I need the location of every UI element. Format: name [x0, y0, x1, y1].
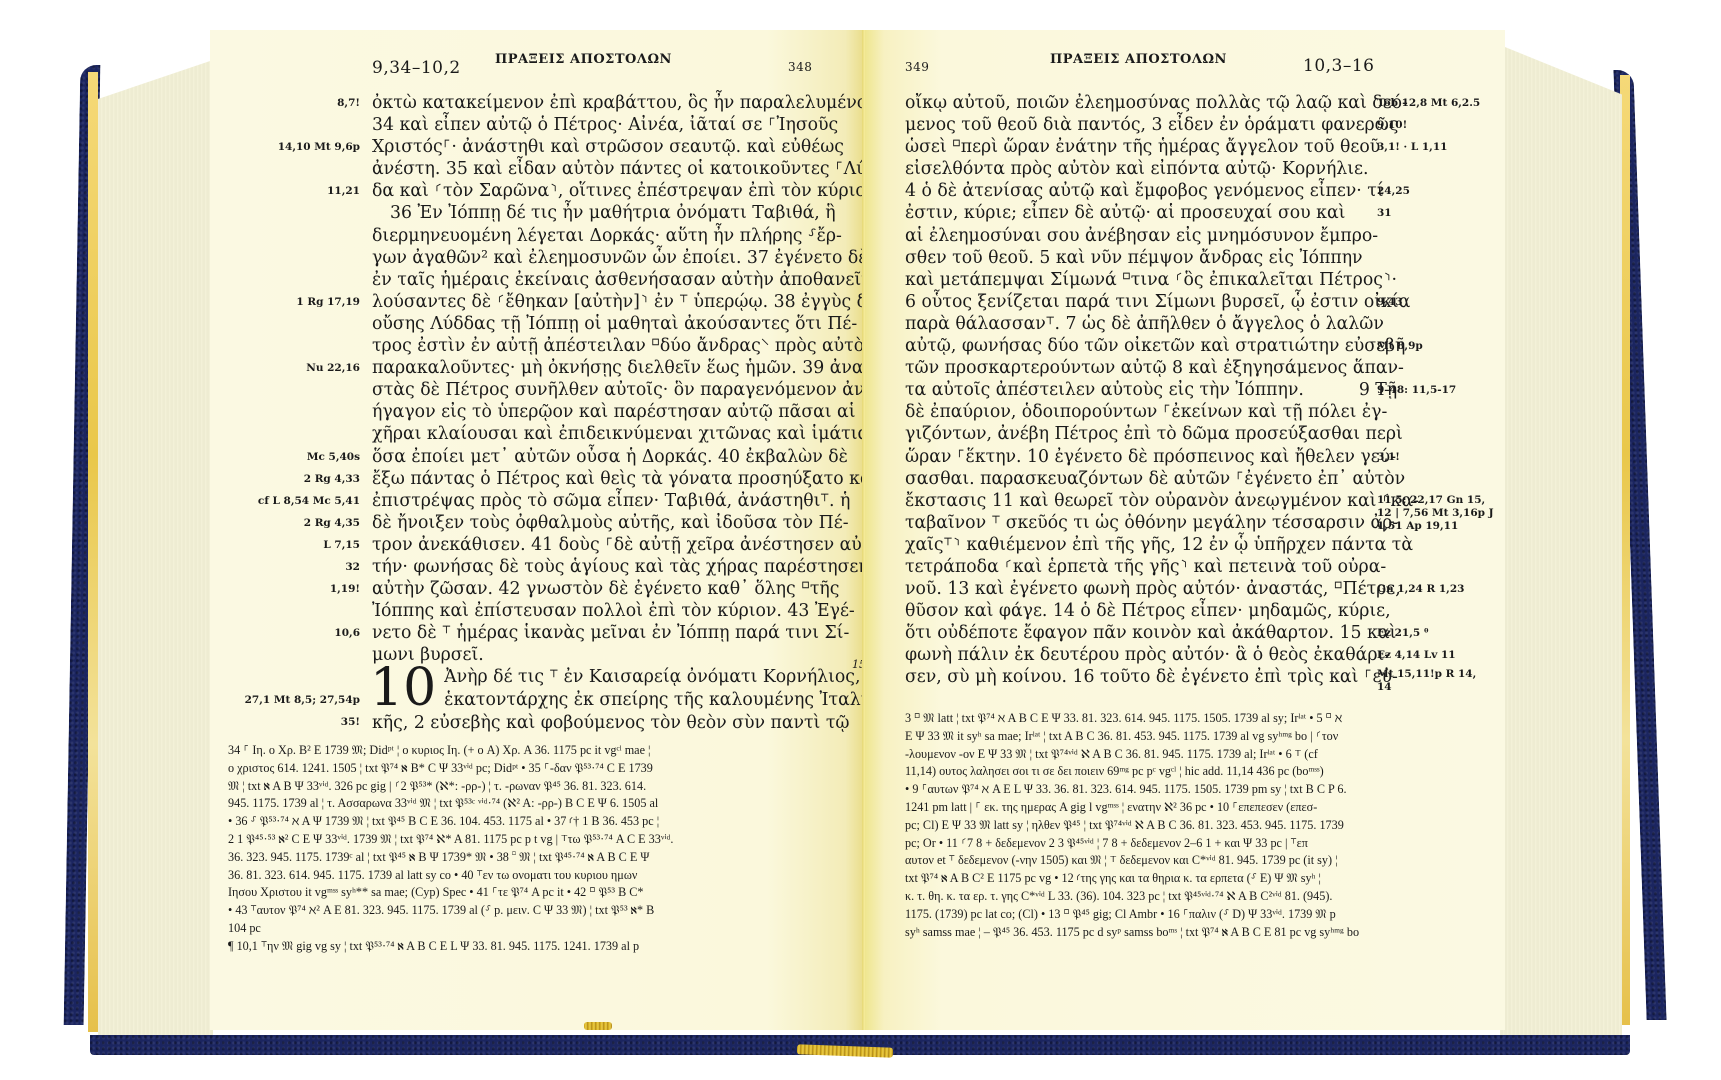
cross-ref: Mc 5,40s: [210, 446, 360, 468]
running-head-left: 9,34–10,2 ΠΡΑΞΕΙΣ ΑΠΟΣΤΟΛΩΝ 348: [210, 52, 865, 82]
apparatus-line: pc; Or • 11 ⸂7 8 + δεδεμενον 2 3 𝔓⁴⁵ᵛⁱᵈ …: [905, 835, 1359, 853]
book-title: ΠΡΑΞΕΙΣ ΑΠΟΣΤΟΛΩΝ: [1050, 52, 1227, 67]
main-text: ὀκτὼ κατακείμενον ἐπὶ κραβάττου, ὃς ἦν π…: [372, 92, 852, 735]
cross-ref: 9,43: [1377, 291, 1507, 313]
text-line: ὅτι οὐδέποτε ἔφαγον πᾶν κοινὸν καὶ ἀκάθα…: [905, 622, 1360, 644]
right-page: 349 ΠΡΑΞΕΙΣ ΑΠΟΣΤΟΛΩΝ 10,3–16 οἴκῳ αὐτοῦ…: [865, 30, 1505, 1030]
apparatus-line: syʰ samss mae ¦ – 𝔓⁴⁵ 36. 453. 1175 pc d…: [905, 924, 1359, 942]
text-line: μενος τοῦ θεοῦ διὰ παντός, 3 εἶδεν ἐν ὁρ…: [905, 114, 1360, 136]
text-line: τα αὐτοῖς ἀπέστειλεν αὐτοὺς εἰς τὴν Ἰόππ…: [905, 379, 1360, 401]
text-line: δὲ ἤνοιξεν τοὺς ὀφθαλμοὺς αὐτῆς, καὶ ἰδο…: [372, 512, 852, 534]
text-line: θῦσον καὶ φάγε. 14 ὁ δὲ Πέτρος εἶπεν· μη…: [905, 600, 1360, 622]
chapter-number: 10: [370, 666, 436, 710]
apparatus-line: 104 pc: [228, 920, 673, 938]
text-line: 36 Ἐν Ἰόππῃ δέ τις ἦν μαθήτρια ὀνόματι Τ…: [372, 202, 852, 224]
left-page: 9,34–10,2 ΠΡΑΞΕΙΣ ΑΠΟΣΤΟΛΩΝ 348 8,7! 14,…: [210, 30, 865, 1030]
text-line: αἱ ἐλεημοσύναι σου ἀνέβησαν εἰς μνημόσυν…: [905, 225, 1360, 247]
apparatus-line: 945. 1175. 1739 al ¦ τ. Ασσαρωνα 33ᵛⁱᵈ 𝔐…: [228, 795, 673, 813]
book-title: ΠΡΑΞΕΙΣ ΑΠΟΣΤΟΛΩΝ: [495, 52, 672, 67]
apparatus-line: • 43 ⸆αυτον 𝔓⁷⁴ ℵ² A E 81. 323. 945. 117…: [228, 902, 673, 920]
critical-apparatus: 34 ⸀ Ιη. ο Χρ. B² E 1739 𝔐; Didᵖᵗ ¦ ο κυ…: [228, 742, 673, 956]
text-line: δα καὶ ⸂τὸν Σαρῶνα⸃, οἵτινες ἐπέστρεψαν …: [372, 180, 852, 202]
cross-ref: 2 Rg 4,35: [210, 512, 360, 534]
cross-ref: 1,19!: [210, 578, 360, 600]
cross-ref: 32: [210, 556, 360, 578]
text-line: στὰς δὲ Πέτρος συνῆλθεν αὐτοῖς· ὃν παραγ…: [372, 379, 852, 401]
cross-ref: 3,1! · L 1,11: [1377, 136, 1507, 158]
cross-ref: 9,10!: [1377, 114, 1507, 136]
apparatus-line: 𝔐 ¦ txt ℵ A B Ψ 33ᵛⁱᵈ. 326 pc gig | ⸂2 𝔓…: [228, 778, 673, 796]
apparatus-line: 3 ⸋ 𝔐 latt ¦ txt 𝔓⁷⁴ ℵ A B C E Ψ 33. 81.…: [905, 710, 1359, 728]
apparatus-line: E Ψ 33 𝔐 it syʰ sa mae; Irˡᵃᵗ ¦ txt A B …: [905, 728, 1359, 746]
apparatus-line: 1175. (1739) pc lat co; (Cl) • 13 ⸋ 𝔓⁴⁵ …: [905, 906, 1359, 924]
text-line: Ἀνὴρ δέ τις ⸆ ἐν Καισαρείᾳ ὀνόματι Κορνή…: [372, 666, 852, 688]
apparatus-line: Ιησου Χριστου it vgᵐˢˢ syʰ** sa mae; (Cy…: [228, 884, 673, 902]
apparatus-line: pc; Cl) E Ψ 33 𝔐 latt sy ¦ ηλθεν 𝔓⁴⁵ ¦ t…: [905, 817, 1359, 835]
text-line: 6 οὗτος ξενίζεται παρά τινι Σίμωνι βυρσε…: [905, 291, 1360, 313]
apparatus-line: txt 𝔓⁷⁴ ℵ A B C² E 1175 pc vg • 12 ⸂της …: [905, 870, 1359, 888]
text-line: παρακαλοῦντες· μὴ ὀκνήσῃς διελθεῖν ἕως ἡ…: [372, 357, 852, 379]
apparatus-line: 34 ⸀ Ιη. ο Χρ. B² E 1739 𝔐; Didᵖᵗ ¦ ο κυ…: [228, 742, 673, 760]
text-line: νετο δὲ ⸆ ἡμέρας ἱκανὰς μεῖναι ἐν Ἰόππῃ …: [372, 622, 852, 644]
text-line: χαῖς⸆⸃ καθιέμενον ἐπὶ τῆς γῆς, 12 ἐν ᾧ ὑ…: [905, 534, 1360, 556]
text-line: ἐν ταῖς ἡμέραις ἐκείναις ἀσθενήσασαν αὐτ…: [372, 269, 852, 291]
apparatus-line: κ. τ. θη. κ. τα ερ. τ. γης C*ᵛⁱᵈ L 33. (…: [905, 888, 1359, 906]
cross-ref: L 7,15: [210, 534, 360, 556]
text-line: ὀκτὼ κατακείμενον ἐπὶ κραβάττου, ὃς ἦν π…: [372, 92, 852, 114]
text-line: σθεν τοῦ θεοῦ. 5 καὶ νῦν πέμψον ἄνδρας ε…: [905, 247, 1360, 269]
cross-references: Tob 12,8 Mt 6,2.5 9,10! 3,1! · L 1,11 24…: [1377, 92, 1507, 694]
text-line: γιζόντων, ἀνέβη Πέτρος ἐπὶ τὸ δῶμα προσε…: [905, 423, 1360, 445]
text-line: τήν· φωνήσας δὲ τοὺς ἁγίους καὶ τὰς χήρα…: [372, 556, 852, 578]
chapter-verse-range: 10,3–16: [1303, 56, 1374, 76]
text-line: δὲ ἐπαύριον, ὁδοιπορούντων ⸀ἐκείνων καὶ …: [905, 401, 1360, 423]
cross-ref: 10,6: [210, 622, 360, 644]
text-line: Χριστός⸀· ἀνάστηθι καὶ στρῶσον σεαυτῷ. κ…: [372, 136, 852, 158]
ribbon-bookmark[interactable]: [584, 1022, 612, 1030]
cross-ref: 24,25: [1377, 180, 1507, 202]
text-line: κῆς, 2 εὐσεβὴς καὶ φοβούμενος τὸν θεὸν σ…: [372, 712, 852, 734]
cross-ref: Gn 1,24 R 1,23: [1377, 578, 1507, 600]
apparatus-line: ο χριστος 614. 1241. 1505 ¦ txt 𝔓⁷⁴ ℵ B*…: [228, 760, 673, 778]
cross-ref: 35!: [210, 711, 360, 733]
apparatus-line: 2 1 𝔓⁴⁵·⁵³ ℵ² C E Ψ 33ᵛⁱᵈ. 1739 𝔐 ¦ txt …: [228, 831, 673, 849]
apparatus-line: 11,14) ουτος λαλησει σοι τι σε δει ποιει…: [905, 763, 1359, 781]
cross-ref: 1 Rg 17,19: [210, 291, 360, 313]
cross-ref: 3,1!: [1377, 446, 1507, 468]
cross-ref: 11,5; 22,17 Gn 15, 12 | 7,56 Mt 3,16p J …: [1377, 490, 1502, 556]
page-number: 348: [788, 60, 812, 74]
cross-ref: Mt 8,9p: [1377, 335, 1507, 357]
text-line: φωνὴ πάλιν ἐκ δευτέρου πρὸς αὐτόν· ἃ ὁ θ…: [905, 644, 1360, 666]
critical-apparatus: 3 ⸋ 𝔐 latt ¦ txt 𝔓⁷⁴ ℵ A B C E Ψ 33. 81.…: [905, 710, 1359, 941]
running-head-right: 349 ΠΡΑΞΕΙΣ ΑΠΟΣΤΟΛΩΝ 10,3–16: [865, 52, 1505, 82]
apparatus-line: 36. 323. 945. 1175. 1739ᶜ al ¦ txt 𝔓⁴⁵ ℵ…: [228, 849, 673, 867]
cross-ref: 11,21: [210, 180, 360, 202]
text-line: αὐτῷ, φωνήσας δύο τῶν οἰκετῶν καὶ στρατι…: [905, 335, 1360, 357]
apparatus-line: 1241 pm latt | ⸀ εκ. της ημερας A gig l …: [905, 799, 1359, 817]
apparatus-line: αυτον et ⸆ δεδεμενον (-νην 1505) και 𝔐 ¦…: [905, 852, 1359, 870]
page-number: 349: [905, 60, 929, 74]
cross-ref: 8,7!: [210, 92, 360, 114]
text-line: τρος ἐστὶν ἐν αὐτῇ ἀπέστειλαν ⸋δύο ἄνδρα…: [372, 335, 852, 357]
text-line: ἐστιν, κύριε; εἶπεν δὲ αὐτῷ· αἱ προσευχα…: [905, 202, 1360, 224]
text-line: τετράποδα ⸂καὶ ἑρπετὰ τῆς γῆς⸃ καὶ πετει…: [905, 556, 1360, 578]
text-line: καὶ μετάπεμψαι Σίμωνά ⸋τινα ⸂ὃς ἐπικαλεῖ…: [905, 269, 1360, 291]
text-line: αὐτὴν ζῶσαν. 42 γνωστὸν δὲ ἐγένετο καθ᾽ …: [372, 578, 852, 600]
text-line: ὡσεὶ ⸋περὶ ὥραν ἐνάτην τῆς ἡμέρας ἄγγελο…: [905, 136, 1360, 158]
cross-ref: 14,10 Mt 9,6p: [210, 136, 360, 158]
cross-ref: Ez 4,14 Lv 11: [1377, 644, 1507, 666]
page-stack-right: [1500, 45, 1622, 1035]
text-line: τρον ἀνεκάθισεν. 41 δοὺς ⸀δὲ αὐτῇ χεῖρα …: [372, 534, 852, 556]
ribbon-bookmark[interactable]: [797, 1044, 893, 1057]
text-line: ἀνέστη. 35 καὶ εἶδαν αὐτὸν πάντες οἱ κατ…: [372, 158, 852, 180]
cross-ref: Mt 15,11!p R 14, 14: [1377, 666, 1487, 694]
apparatus-line: 36. 81. 323. 614. 945. 1175. 1739 al lat…: [228, 867, 673, 885]
cross-ref: 9–48: 11,5-17: [1377, 379, 1507, 401]
text-line: ὥραν ⸀ἕκτην. 10 ἐγένετο δὲ πρόσπεινος κα…: [905, 446, 1360, 468]
text-line: ἔξω πάντας ὁ Πέτρος καὶ θεὶς τὰ γόνατα π…: [372, 468, 852, 490]
text-line: σεν, σὺ μὴ κοίνου. 16 τοῦτο δὲ ἐγένετο ἐ…: [905, 666, 1360, 688]
cross-ref: Nu 22,16: [210, 357, 360, 379]
cross-ref: 27,1 Mt 8,5; 27,54p: [210, 689, 360, 711]
cross-ref: 31: [1377, 202, 1507, 224]
text-line: ήγαγον εἰς τὸ ὑπερῷον καὶ παρέστησαν αὐτ…: [372, 401, 852, 423]
text-line: 34 καὶ εἶπεν αὐτῷ ὁ Πέτρος· Αἰνέα, ἰᾶταί…: [372, 114, 852, 136]
text-line: ὅσα ἐποίει μετ᾽ αὐτῶν οὖσα ἡ Δορκάς. 40 …: [372, 446, 852, 468]
text-line: διερμηνευομένη λέγεται Δορκάς· αὕτη ἦν π…: [372, 225, 852, 247]
text-line: ἑκατοντάρχης ἐκ σπείρης τῆς καλουμένης Ἰ…: [372, 689, 852, 711]
cross-ref: 2 Rg 4,33: [210, 468, 360, 490]
apparatus-line: ¶ 10,1 ⸆ην 𝔐 gig vg sy ¦ txt 𝔓⁵³·⁷⁴ ℵ A …: [228, 938, 673, 956]
text-line: χῆραι κλαίουσαι καὶ ἐπιδεικνύμεναι χιτῶν…: [372, 423, 852, 445]
cross-ref: cf L 8,54 Mc 5,41: [210, 490, 360, 512]
text-line: ἔκστασις 11 καὶ θεωρεῖ τὸν οὐρανὸν ἀνεῳγ…: [905, 490, 1360, 512]
cross-references: 8,7! 14,10 Mt 9,6p 11,21 1 Rg 17,19 Nu 2…: [210, 92, 360, 733]
endpaper-left: [88, 72, 98, 1032]
page-stack-left: [98, 60, 213, 1035]
text-line: 4 ὁ δὲ ἀτενίσας αὐτῷ καὶ ἔμφοβος γενόμεν…: [905, 180, 1360, 202]
text-line: μωνι βυρσεῖ.: [372, 644, 852, 666]
text-line: Ἰόππης καὶ ἐπίστευσαν πολλοὶ ἐπὶ τὸν κύρ…: [372, 600, 852, 622]
main-text: οἴκῳ αὐτοῦ, ποιῶν ἐλεημοσύνας πολλὰς τῷ …: [905, 92, 1360, 689]
text-line: σασθαι. παρασκευαζόντων δὲ αὐτῶν ⸀ἐγένετ…: [905, 468, 1360, 490]
text-line: ταβαῖνον ⸆ σκεῦός τι ὡς ὀθόνην μεγάλην τ…: [905, 512, 1360, 534]
text-line: εἰσελθόντα πρὸς αὐτὸν καὶ εἰπόντα αὐτῷ· …: [905, 158, 1360, 180]
apparatus-line: • 9 ⸀αυτων 𝔓⁷⁴ ℵ A E L Ψ 33. 36. 81. 323…: [905, 781, 1359, 799]
text-line: παρὰ θάλασσαν⸆. 7 ὡς δὲ ἀπῆλθεν ὁ ἄγγελο…: [905, 313, 1360, 335]
text-line: τῶν προσκαρτερούντων αὐτῷ 8 καὶ ἐξηγησάμ…: [905, 357, 1360, 379]
text-line: ἐπιστρέψας πρὸς τὸ σῶμα εἶπεν· Ταβιθά, ἀ…: [372, 490, 852, 512]
text-line: οὔσης Λύδδας τῇ Ἰόππῃ οἱ μαθηταὶ ἀκούσαν…: [372, 313, 852, 335]
text-line: γων ἀγαθῶν² καὶ ἐλεημοσυνῶν ὧν ἐποίει. 3…: [372, 247, 852, 269]
cross-ref: Ez 21,5 ᶿ: [1377, 622, 1507, 644]
text-line: λούσαντες δὲ ⸂ἔθηκαν [αὐτὴν]⸃ ἐν ⸆ ὑπερῴ…: [372, 291, 852, 313]
text-line: οἴκῳ αὐτοῦ, ποιῶν ἐλεημοσύνας πολλὰς τῷ …: [905, 92, 1360, 114]
chapter-verse-range: 9,34–10,2: [372, 58, 461, 78]
text-line: νοῦ. 13 καὶ ἐγένετο φωνὴ πρὸς αὐτόν· ἀνα…: [905, 578, 1360, 600]
apparatus-line: -λουμενον -ον E Ψ 33 𝔐 ¦ txt 𝔓⁷⁴ᵛⁱᵈ ℵ A …: [905, 746, 1359, 764]
cross-ref: Tob 12,8 Mt 6,2.5: [1377, 92, 1507, 114]
apparatus-line: • 36 ⸉ 𝔓⁵³·⁷⁴ ℵ A Ψ 1739 𝔐 ¦ txt 𝔓⁴⁵ B C…: [228, 813, 673, 831]
